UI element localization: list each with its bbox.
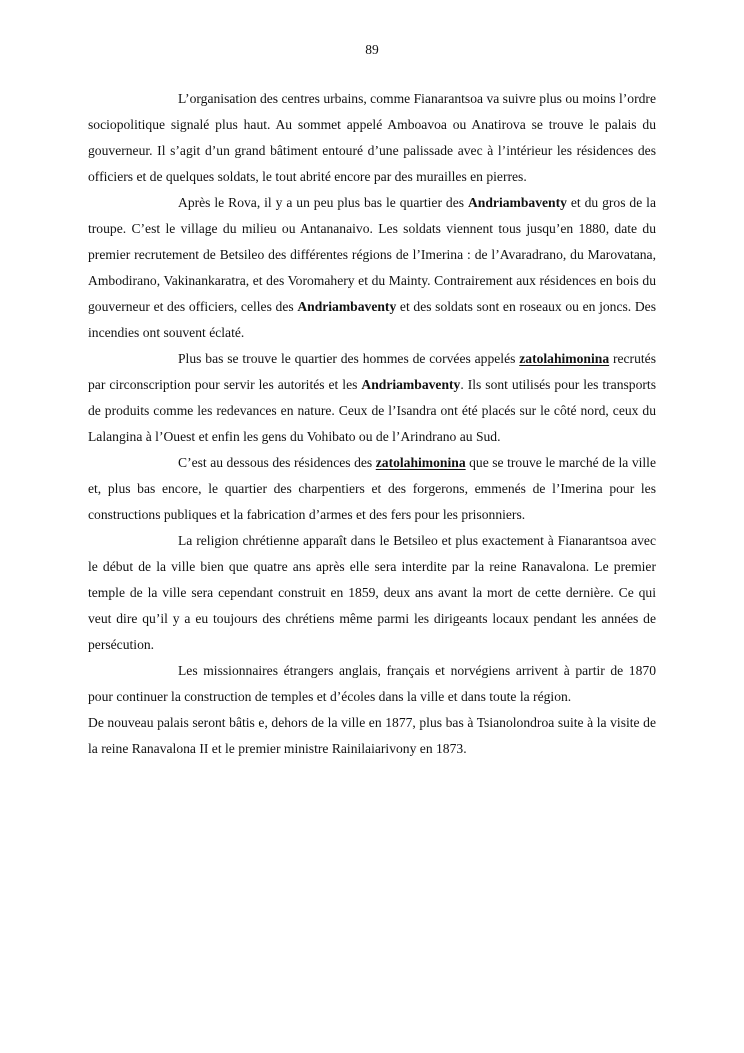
text-run: De nouveau palais seront bâtis e, dehors… <box>88 715 656 756</box>
bold-term: Andriambaventy <box>297 299 396 314</box>
underlined-bold-term: zatolahimonina <box>519 351 609 366</box>
text-run: C’est au dessous des résidences des <box>178 455 376 470</box>
paragraph: Plus bas se trouve le quartier des homme… <box>88 346 656 450</box>
text-run: et du gros de la troupe. C’est le villag… <box>88 195 656 314</box>
bold-term: Andriambaventy <box>468 195 567 210</box>
text-run: Les missionnaires étrangers anglais, fra… <box>88 663 656 704</box>
paragraph: Les missionnaires étrangers anglais, fra… <box>88 658 656 710</box>
document-body: L’organisation des centres urbains, comm… <box>88 86 656 762</box>
bold-term: Andriambaventy <box>361 377 460 392</box>
text-run: La religion chrétienne apparaît dans le … <box>88 533 656 652</box>
text-run: L’organisation des centres urbains, comm… <box>88 91 656 184</box>
underlined-bold-term: zatolahimonina <box>376 455 466 470</box>
text-run: Plus bas se trouve le quartier des homme… <box>178 351 519 366</box>
paragraph: L’organisation des centres urbains, comm… <box>88 86 656 190</box>
page-number: 89 <box>0 42 744 58</box>
paragraph: C’est au dessous des résidences des zato… <box>88 450 656 528</box>
text-run: Après le Rova, il y a un peu plus bas le… <box>178 195 468 210</box>
paragraph: Après le Rova, il y a un peu plus bas le… <box>88 190 656 346</box>
paragraph: La religion chrétienne apparaît dans le … <box>88 528 656 658</box>
paragraph: De nouveau palais seront bâtis e, dehors… <box>88 710 656 762</box>
